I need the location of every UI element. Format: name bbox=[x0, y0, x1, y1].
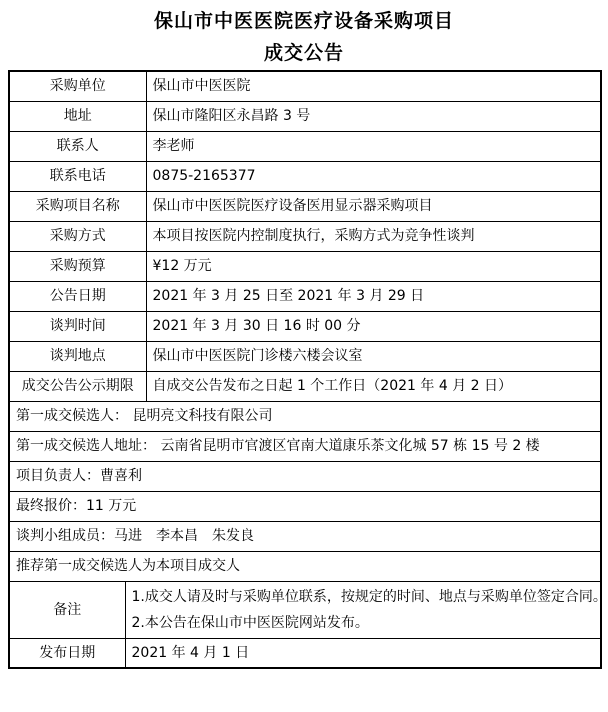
row-value: 保山市中医医院 bbox=[146, 71, 601, 101]
table-row-recommendation: 推荐第一成交候选人为本项目成交人 bbox=[9, 551, 601, 581]
row-label: 谈判时间 bbox=[9, 311, 146, 341]
announcement-table: 采购单位 保山市中医医院 地址 保山市隆阳区永昌路 3 号 联系人 李老师 联系… bbox=[8, 70, 602, 669]
table-row-publish-date: 发布日期 2021 年 4 月 1 日 bbox=[9, 638, 601, 668]
row-label: 联系人 bbox=[9, 131, 146, 161]
row-label: 备注 bbox=[9, 581, 125, 638]
remark-line-1: 1.成交人请及时与采购单位联系，按规定的时间、地点与采购单位签定合同。 bbox=[132, 584, 595, 610]
row-label: 地址 bbox=[9, 101, 146, 131]
row-label: 发布日期 bbox=[9, 638, 125, 668]
row-label: 成交公告公示期限 bbox=[9, 371, 146, 401]
row-text: 最终报价：11 万元 bbox=[9, 491, 601, 521]
row-text: 第一成交候选人地址： 云南省昆明市官渡区官南大道康乐茶文化城 57 栋 15 号… bbox=[9, 431, 601, 461]
row-label: 采购单位 bbox=[9, 71, 146, 101]
table-row-negotiation-place: 谈判地点 保山市中医医院门诊楼六楼会议室 bbox=[9, 341, 601, 371]
table-row-address: 地址 保山市隆阳区永昌路 3 号 bbox=[9, 101, 601, 131]
row-text: 推荐第一成交候选人为本项目成交人 bbox=[9, 551, 601, 581]
row-value: 2021 年 3 月 30 日 16 时 00 分 bbox=[146, 311, 601, 341]
page-title: 保山市中医医院医疗设备采购项目 bbox=[0, 9, 608, 34]
row-text: 项目负责人：曹喜利 bbox=[9, 461, 601, 491]
remark-line-2: 2.本公告在保山市中医医院网站发布。 bbox=[132, 610, 595, 636]
table-row-negotiation-time: 谈判时间 2021 年 3 月 30 日 16 时 00 分 bbox=[9, 311, 601, 341]
announcement-page: 保山市中医医院医疗设备采购项目 成交公告 采购单位 保山市中医医院 地址 保山市… bbox=[0, 0, 608, 712]
page-subtitle: 成交公告 bbox=[0, 41, 608, 66]
table-row-project-manager: 项目负责人：曹喜利 bbox=[9, 461, 601, 491]
table-row-announcement-date: 公告日期 2021 年 3 月 25 日至 2021 年 3 月 29 日 bbox=[9, 281, 601, 311]
row-label: 联系电话 bbox=[9, 161, 146, 191]
table-row-contact-phone: 联系电话 0875-2165377 bbox=[9, 161, 601, 191]
row-label: 公告日期 bbox=[9, 281, 146, 311]
row-value: 李老师 bbox=[146, 131, 601, 161]
table-row-budget: 采购预算 ¥12 万元 bbox=[9, 251, 601, 281]
row-label: 采购方式 bbox=[9, 221, 146, 251]
row-text: 谈判小组成员：马进 李本昌 朱发良 bbox=[9, 521, 601, 551]
row-label: 采购项目名称 bbox=[9, 191, 146, 221]
table-row-negotiation-team: 谈判小组成员：马进 李本昌 朱发良 bbox=[9, 521, 601, 551]
row-value: 1.成交人请及时与采购单位联系，按规定的时间、地点与采购单位签定合同。 2.本公… bbox=[125, 581, 601, 638]
table-row-purchase-method: 采购方式 本项目按医院内控制度执行，采购方式为竞争性谈判 bbox=[9, 221, 601, 251]
row-value: 保山市隆阳区永昌路 3 号 bbox=[146, 101, 601, 131]
table-row-remarks: 备注 1.成交人请及时与采购单位联系，按规定的时间、地点与采购单位签定合同。 2… bbox=[9, 581, 601, 638]
row-value: 本项目按医院内控制度执行，采购方式为竞争性谈判 bbox=[146, 221, 601, 251]
table-row-first-candidate-address: 第一成交候选人地址： 云南省昆明市官渡区官南大道康乐茶文化城 57 栋 15 号… bbox=[9, 431, 601, 461]
table-row-publicity-period: 成交公告公示期限 自成交公告发布之日起 1 个工作日（2021 年 4 月 2 … bbox=[9, 371, 601, 401]
row-value: 0875-2165377 bbox=[146, 161, 601, 191]
row-value: 自成交公告发布之日起 1 个工作日（2021 年 4 月 2 日） bbox=[146, 371, 601, 401]
row-label: 采购预算 bbox=[9, 251, 146, 281]
row-value: ¥12 万元 bbox=[146, 251, 601, 281]
row-value: 2021 年 3 月 25 日至 2021 年 3 月 29 日 bbox=[146, 281, 601, 311]
row-value: 2021 年 4 月 1 日 bbox=[125, 638, 601, 668]
table-row-final-price: 最终报价：11 万元 bbox=[9, 491, 601, 521]
row-value: 保山市中医医院医疗设备医用显示器采购项目 bbox=[146, 191, 601, 221]
row-text: 第一成交候选人： 昆明亮文科技有限公司 bbox=[9, 401, 601, 431]
row-value: 保山市中医医院门诊楼六楼会议室 bbox=[146, 341, 601, 371]
table-row-contact-person: 联系人 李老师 bbox=[9, 131, 601, 161]
row-label: 谈判地点 bbox=[9, 341, 146, 371]
table-row-project-name: 采购项目名称 保山市中医医院医疗设备医用显示器采购项目 bbox=[9, 191, 601, 221]
table-row-first-candidate: 第一成交候选人： 昆明亮文科技有限公司 bbox=[9, 401, 601, 431]
table-row-purchasing-unit: 采购单位 保山市中医医院 bbox=[9, 71, 601, 101]
